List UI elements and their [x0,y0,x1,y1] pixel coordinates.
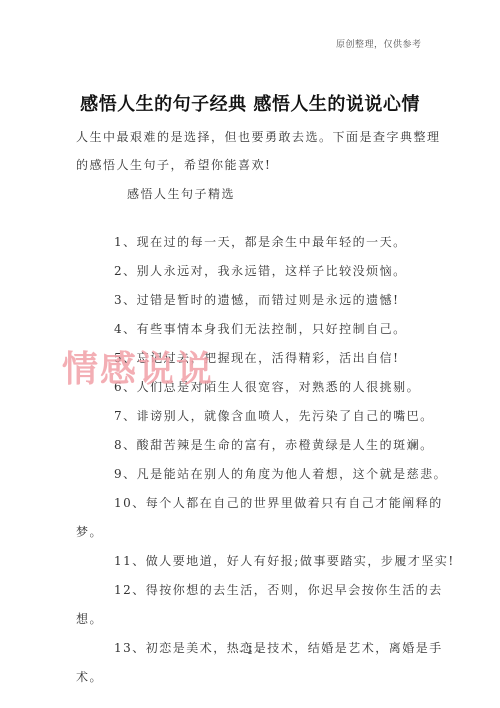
list-item-continuation: 想。 [76,610,103,627]
list-item: 3、过错是暂时的遗憾，而错过则是永远的遗憾! [114,291,399,308]
list-item: 7、诽谤别人，就像含血喷人，先污染了自己的嘴巴。 [114,407,434,424]
list-item: 2、别人永远对，我永远错，这样子比较没烦恼。 [114,262,407,279]
list-item: 11、做人要地道，好人有好报;做事要踏实，步履才坚实! [114,552,455,569]
intro-line-2: 的感悟人生句子，希望你能喜欢! [76,156,271,173]
list-item: 12、得按你想的去生活，否则，你迟早会按你生活的去 [114,581,443,598]
list-item: 4、有些事情本身我们无法控制，只好控制自己。 [114,320,407,337]
list-item: 10、每个人都在自己的世界里做着只有自己才能阐释的 [114,494,443,511]
list-item: 8、酸甜苦辣是生命的富有，赤橙黄绿是人生的斑斓。 [114,436,434,453]
document-title: 感悟人生的句子经典 感悟人生的说说心情 [0,90,500,116]
section-heading: 感悟人生句子精选 [127,185,235,202]
list-item: 1、现在过的每一天，都是余生中最年轻的一天。 [114,233,407,250]
page-number: - 1 - [0,644,500,657]
intro-line-1: 人生中最艰难的是选择，但也要勇敢去选。下面是查字典整理 [76,128,441,145]
list-item-continuation: 梦。 [76,523,103,540]
header-note: 原创整理，仅供参考 [336,37,422,50]
list-item-continuation: 术。 [76,668,103,685]
watermark: 情感说说 [62,352,214,388]
list-item: 9、凡是能站在别人的角度为他人着想，这个就是慈悲。 [114,465,447,482]
